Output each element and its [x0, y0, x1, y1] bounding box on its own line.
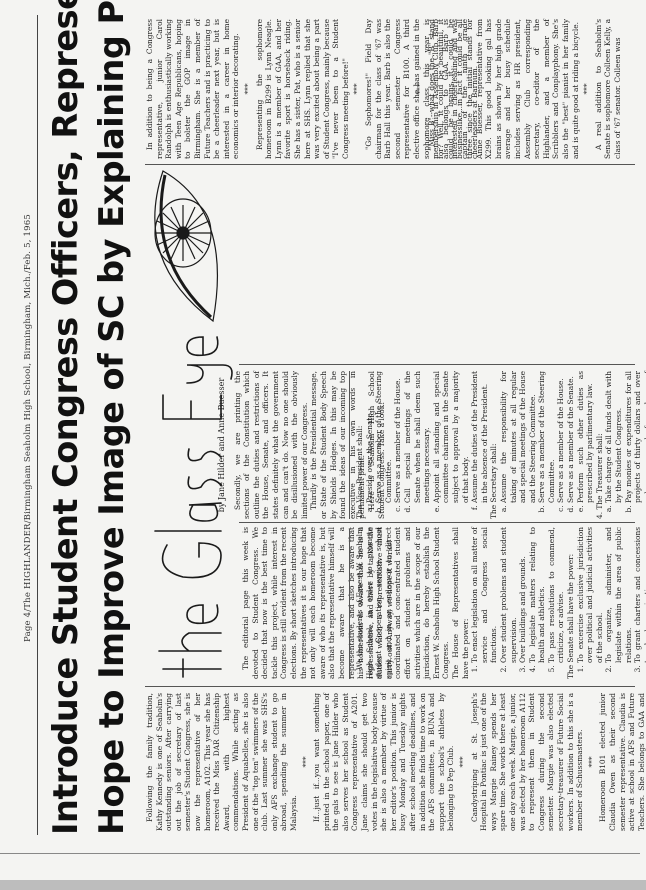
- page-bottom-edge-line: [0, 853, 640, 854]
- separator-stars: ***: [301, 693, 311, 831]
- eye-illustration-icon: [155, 171, 218, 321]
- editorial-paragraph: Secondly, we are printing the sections o…: [233, 371, 310, 519]
- list-item: Appoint all standing and special committ…: [432, 371, 470, 503]
- list-item: Call special meetings of the Senate when…: [403, 371, 432, 503]
- folio-line: Page 4/The HIGHLANDER/Birmingham Seaholm…: [23, 3, 33, 853]
- list-item: Preside over the Senate.: [365, 371, 375, 503]
- separator-stars: ***: [415, 19, 425, 159]
- separator-stars: ***: [458, 693, 468, 831]
- scanner-bed-edge: [0, 880, 646, 890]
- senate-powers-heading: The Senate shall have the power:: [566, 527, 576, 679]
- constitution-preamble: We the students of Ernest W. Seaholm Hig…: [355, 527, 451, 679]
- list-item: Serve as a member of the Steering Commit…: [374, 371, 393, 503]
- list-item: To legislate matters relating to health …: [528, 527, 547, 663]
- list-item: Take charge of all funds dealt with by t…: [604, 371, 623, 503]
- treasurer-heading: 4. The Treasurer shall:: [595, 371, 605, 519]
- constitution-column-2: The Vice-President shall: Preside over t…: [355, 371, 646, 519]
- column-divider: [239, 364, 635, 365]
- list-item: Assume the responsibility for taking of …: [499, 371, 537, 503]
- vp-heading: The Vice-President shall:: [355, 371, 365, 519]
- constitution-column-1: We the students of Ernest W. Seaholm Hig…: [355, 527, 646, 679]
- separator-stars: ***: [243, 19, 253, 159]
- list-item: Serve as a member of the House.: [556, 371, 566, 503]
- headline-line-1: Introduce Student Congress Officers, Rep…: [49, 0, 83, 835]
- column-divider: [145, 164, 635, 165]
- list-item: To organize, administer, and legislate w…: [604, 527, 633, 663]
- treasurer-duties-list: Take charge of all funds dealt with by t…: [604, 371, 646, 519]
- list-item: To enact legislation on all matter of se…: [470, 527, 499, 663]
- secretary-heading: The Secretary shall:: [489, 371, 499, 519]
- column-divider: [145, 686, 635, 687]
- separator-stars: ***: [352, 19, 362, 159]
- profiles-column-left: Following the family tradition, Kathy Ke…: [145, 693, 646, 831]
- separator-stars: ***: [587, 693, 597, 831]
- profile-carol-randolph: In addition to being a Congress represen…: [145, 19, 241, 159]
- section-divider: [349, 529, 350, 679]
- senate-powers-list: To excercise exclusive jurisdiction over…: [576, 527, 646, 679]
- list-item: Serve as a member of the Steering Commit…: [537, 371, 556, 503]
- house-powers-list: To enact legislation on all matter of se…: [470, 527, 566, 679]
- profiles-column-right-3: *** "Miss B"--what does the "B" stand fo…: [413, 19, 622, 159]
- house-powers-heading: The House of Representatives shall have …: [451, 527, 470, 679]
- column-divider: [239, 522, 635, 523]
- profile-margie-rainey: Candystriping at St. Joseph's Hospital i…: [470, 693, 585, 831]
- profile-claudia-owen: Homeroom B101 elected junior Claudia Owe…: [598, 693, 646, 831]
- list-item: Serve as a member of the House.: [393, 371, 403, 503]
- section-divider: [349, 371, 350, 519]
- list-item: To excercise exclusive jurisdiction over…: [576, 527, 605, 663]
- vp-duties-list: Preside over the Senate. Serve as a memb…: [365, 371, 490, 519]
- treasurer-heading-text: The Treasurer shall:: [595, 433, 604, 509]
- profile-anne-buesser: "Miss B"--what does the "B" stand for? W…: [427, 19, 581, 159]
- list-item: Over buildings and grounds.: [518, 527, 528, 663]
- headline-line-2: Hope to Improve Image of SC by Explainin…: [95, 0, 129, 835]
- list-item: Serve as a member of the Senate.: [566, 371, 576, 503]
- separator-stars: ***: [582, 19, 592, 159]
- list-item: To pass resolutions to commend, criticiz…: [547, 527, 566, 663]
- treasurer-number: 4.: [595, 512, 604, 519]
- profile-jane-hilder: If...just if...you want something printe…: [312, 693, 456, 831]
- profile-colleen-kelly: A real addition to Seaholm's Senate is s…: [594, 19, 623, 159]
- list-item: Perform such other duties as prescribed …: [576, 371, 595, 503]
- list-item: To grant charters and concessions to sch…: [633, 527, 646, 663]
- editorial-byline: by Jane Hilder and Anne Buesser: [217, 371, 227, 519]
- folio-rule: [37, 15, 38, 835]
- secretary-duties-list: Assume the responsibility for taking of …: [499, 371, 595, 519]
- list-item: Assume the duties of the President in th…: [470, 371, 489, 503]
- profile-lynn-neagle: Representing the sophomore homeroom in B…: [255, 19, 351, 159]
- profile-kathy-kennedy: Following the family tradition, Kathy Ke…: [145, 693, 299, 831]
- list-item: Over student problems and student superv…: [499, 527, 518, 663]
- newspaper-page-rotated: Page 4/The HIGHLANDER/Birmingham Seaholm…: [3, 3, 643, 853]
- list-item: Pay monies or expenditures for all proje…: [624, 371, 646, 503]
